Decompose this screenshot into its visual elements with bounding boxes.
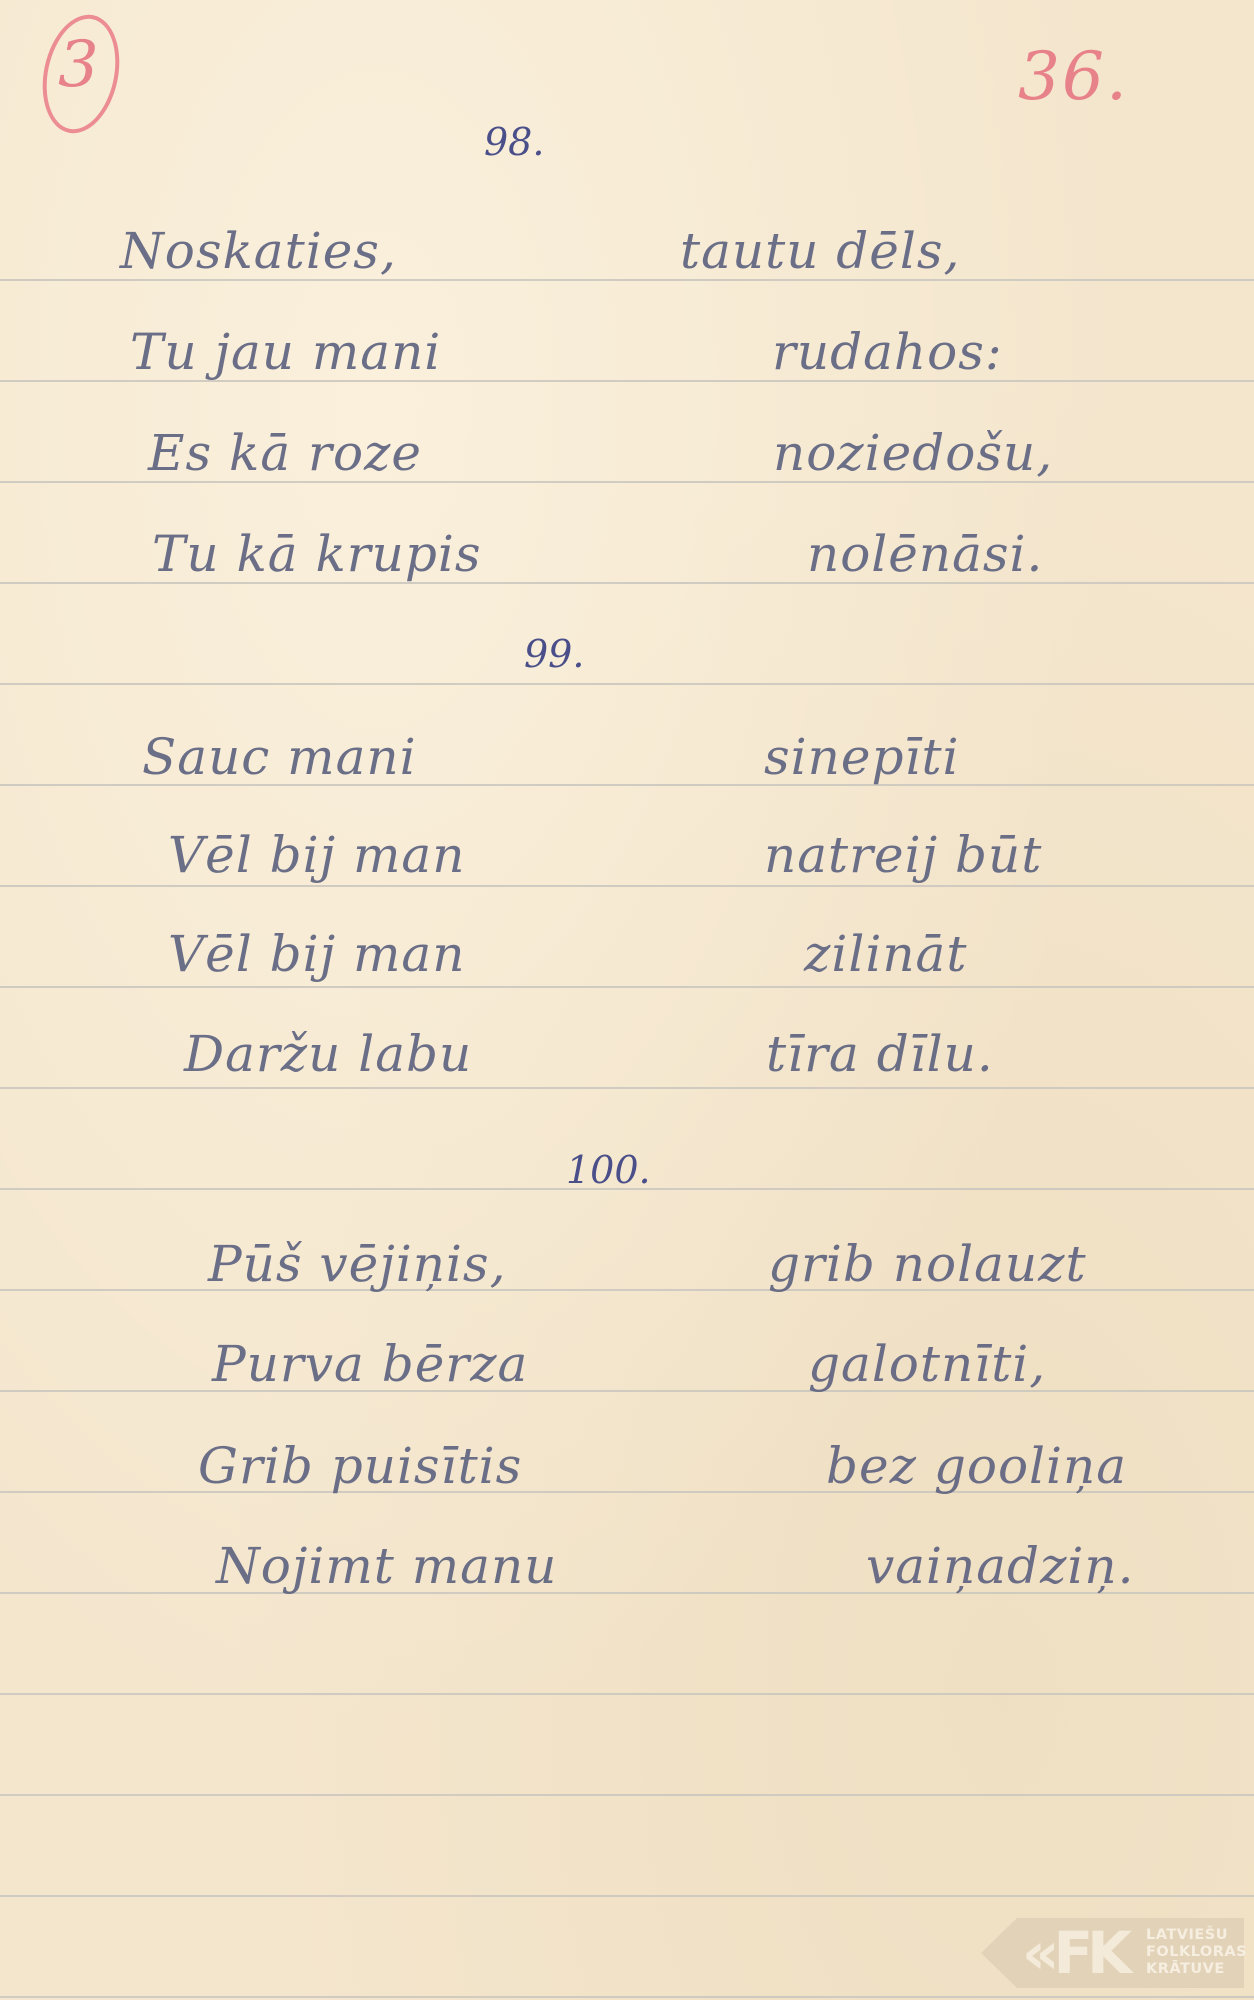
verse-line-first-half: Pūš vējiņis, xyxy=(208,1235,506,1293)
verse-line-first-half: Tu jau mani xyxy=(130,323,441,381)
verse-line-second-half: tīra dīlu. xyxy=(766,1025,994,1083)
verse-line-second-half: sinepīti xyxy=(764,728,960,786)
verse-line-first-half: Tu kā krupis xyxy=(152,525,482,583)
ruled-line xyxy=(0,1390,1254,1392)
entry-number-98: 98. xyxy=(484,120,544,164)
ruled-line xyxy=(0,1087,1254,1089)
verse-line-first-half: Purva bērza xyxy=(212,1335,528,1393)
arrow-shape xyxy=(981,1918,1017,1988)
logo-line-2: FOLKLORAS xyxy=(1146,1944,1247,1961)
circled-archive-number: 3 xyxy=(40,10,130,120)
ruled-line xyxy=(0,885,1254,887)
verse-line-first-half: Es kā roze xyxy=(148,424,422,482)
verse-line-second-half: grib nolauzt xyxy=(768,1235,1087,1293)
ruled-line xyxy=(0,1895,1254,1897)
lfk-logo-icon: «FK xyxy=(1022,1922,1126,1984)
circled-number: 3 xyxy=(58,10,99,120)
verse-line-second-half: natreij būt xyxy=(764,826,1042,884)
logo-text: LATVIEŠU FOLKLORAS KRĀTUVE xyxy=(1146,1927,1247,1978)
ruled-line xyxy=(0,986,1254,988)
ruled-line xyxy=(0,1693,1254,1695)
ruled-line xyxy=(0,1794,1254,1796)
verse-line-first-half: Grib puisītis xyxy=(198,1437,522,1495)
verse-line-second-half: rudahos: xyxy=(772,323,1003,381)
verse-line-second-half: vaiņadziņ. xyxy=(866,1537,1135,1595)
verse-line-first-half: Vēl bij man xyxy=(168,925,465,983)
verse-line-second-half: bez gooliņa xyxy=(826,1437,1127,1495)
verse-line-first-half: Noskaties, xyxy=(120,222,397,280)
page-number: 36. xyxy=(1018,38,1129,115)
verse-line-second-half: tautu dēls, xyxy=(680,222,960,280)
entry-number-100: 100. xyxy=(566,1148,651,1192)
verse-line-second-half: noziedošu, xyxy=(773,424,1053,482)
verse-line-first-half: Nojimt manu xyxy=(216,1537,557,1595)
entry-number-99: 99. xyxy=(524,632,584,676)
verse-line-second-half: galotnīti, xyxy=(808,1335,1046,1393)
verse-line-first-half: Sauc mani xyxy=(142,728,417,786)
ruled-line xyxy=(0,683,1254,685)
ruled-line xyxy=(0,1996,1254,1998)
verse-line-first-half: Vēl bij man xyxy=(168,826,465,884)
logo-line-3: KRĀTUVE xyxy=(1146,1961,1247,1978)
verse-line-first-half: Daržu labu xyxy=(184,1025,472,1083)
verse-line-second-half: zilināt xyxy=(804,925,967,983)
verse-line-second-half: nolēnāsi. xyxy=(807,525,1043,583)
logo-line-1: LATVIEŠU xyxy=(1146,1927,1247,1944)
latvian-folklore-archive-logo: «FK LATVIEŠU FOLKLORAS KRĀTUVE xyxy=(996,1918,1244,1988)
